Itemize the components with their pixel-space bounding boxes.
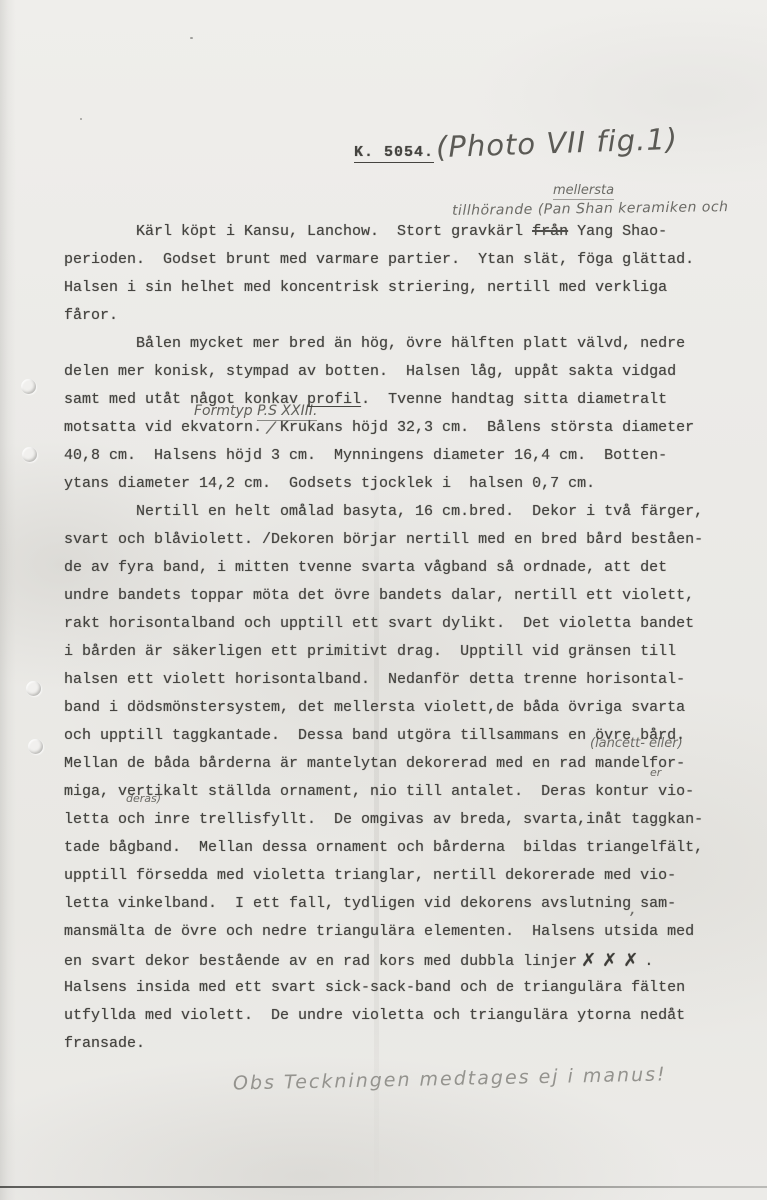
underlined-word: profil [307,391,361,408]
punch-hole [26,681,41,696]
typed-line: miga, vertikalt ställda ornament, nio ti… [64,778,703,806]
paper-speck [190,37,193,39]
struck-word: från [532,223,568,240]
punch-hole [28,739,43,754]
punch-hole [21,379,36,394]
typed-line: fransade. [64,1030,703,1058]
typed-line: band i dödsmönstersystem, det mellersta … [64,694,703,722]
typed-line: perioden. Godset brunt med varmare parti… [64,246,703,274]
line-text: en svart dekor bestående av en rad kors … [64,953,577,970]
typed-line: letta och inre trellisfyllt. De omgivas … [64,806,703,834]
typed-line: Mellan de båda bårderna är mantelytan de… [64,750,703,778]
typed-line: de av fyra band, i mitten tvenne svarta … [64,554,703,582]
typed-line: i bården är säkerligen ett primitivt dra… [64,638,703,666]
typed-line: tade bågband. Mellan dessa ornament och … [64,834,703,862]
typed-line: letta vinkelband. I ett fall, tydligen v… [64,890,703,918]
typed-line: svart och blåviolett. /Dekoren börjar ne… [64,526,703,554]
typed-line: mansmälta de övre och nedre triangulära … [64,918,703,946]
typed-line: samt med utåt något konkav profil. Tvenn… [64,386,703,414]
typed-line: Halsens insida med ett svart sick-sack-b… [64,974,703,1002]
typed-line: rakt horisontalband och upptill ett svar… [64,610,703,638]
paper-speck [80,118,82,120]
handwritten-obs-note: Obs Teckningen medtages ej i manus! [233,1063,667,1094]
typed-line: Bålen mycket mer bred än hög, övre hälft… [64,330,703,358]
handwritten-insert-phrase: tillhörande (Pan Shan keramiken och [452,199,729,219]
typed-line: 40,8 cm. Halsens höjd 3 cm. Mynningens d… [64,442,703,470]
line-text: . [644,953,653,970]
scan-bottom-edge [0,1186,767,1188]
line-text: . Tvenne handtag sitta diametralt [361,391,667,408]
typed-line: motsatta vid ekvatorn. Krukans höjd 32,3… [64,414,703,442]
typed-line: en svart dekor bestående av en rad kors … [64,946,703,974]
typed-line: fåror. [64,302,703,330]
typed-line: delen mer konisk, stympad av botten. Hal… [64,358,703,386]
line-text: Kärl köpt i Kansu, Lanchow. Stort gravkä… [64,223,532,240]
catalog-number-heading: K. 5054. [354,144,434,163]
typed-line: och upptill taggkantade. Dessa band utgö… [64,722,703,750]
line-text: Yang Shao- [568,223,667,240]
handwritten-photo-reference: (Photo VII fig.1) [435,122,678,164]
typed-line: halsen ett violett horisontalband. Nedan… [64,666,703,694]
handdrawn-crosses: ✗✗✗ [577,950,644,971]
typed-line: undre bandets toppar möta det övre bande… [64,582,703,610]
punch-hole [22,447,37,462]
typed-line: Nertill en helt omålad basyta, 16 cm.bre… [64,498,703,526]
typed-line: Halsen i sin helhet med koncentrisk stri… [64,274,703,302]
line-text: samt med utåt något konkav [64,391,307,408]
typed-line: ytans diameter 14,2 cm. Godsets tjocklek… [64,470,703,498]
handwritten-insert-mellersta: mellersta [553,183,614,200]
typed-line: utfyllda med violett. De undre violetta … [64,1002,703,1030]
typed-line: Kärl köpt i Kansu, Lanchow. Stort gravkä… [64,218,703,246]
typed-body-text: Kärl köpt i Kansu, Lanchow. Stort gravkä… [64,218,703,1058]
typed-line: upptill försedda med violetta trianglar,… [64,862,703,890]
document-page: K. 5054. (Photo VII fig.1) mellersta til… [0,0,767,1200]
